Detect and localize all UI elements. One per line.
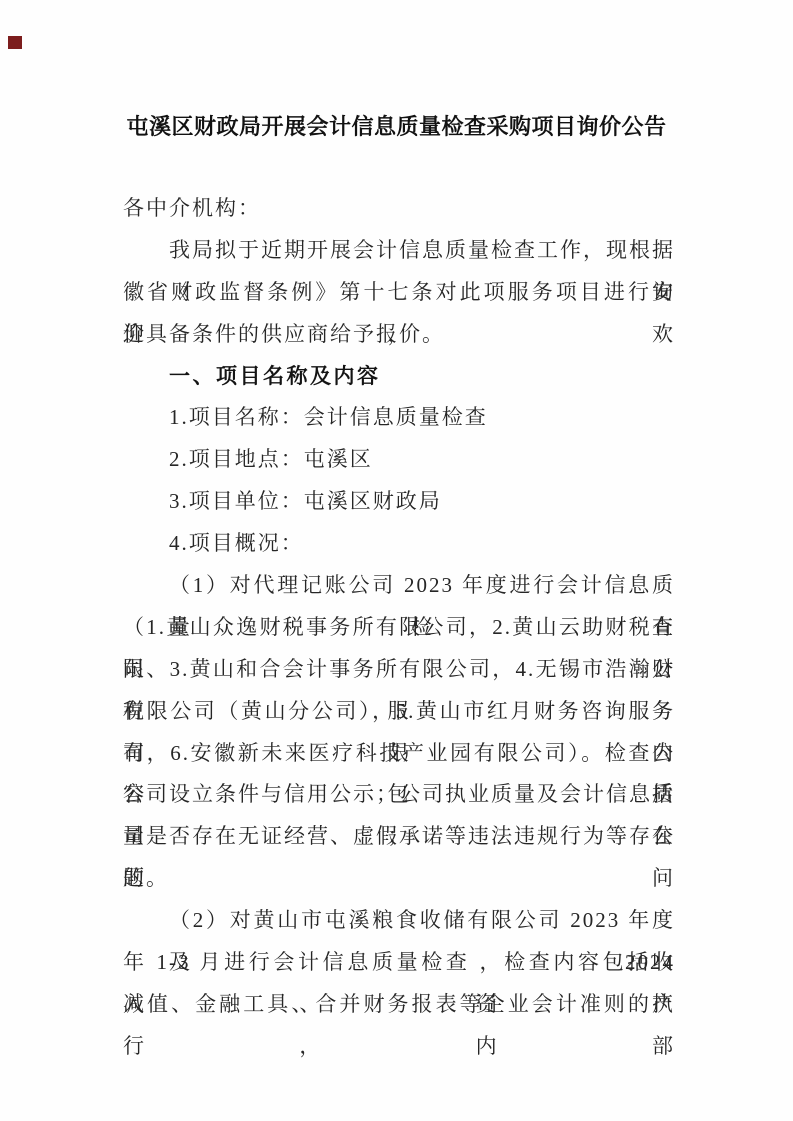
document-line: 司、3.黄山和合会计事务所有限公司，4.无锡市浩瀚财税服务	[123, 649, 675, 691]
document-line: 各中介机构：	[123, 188, 675, 230]
document-line: 有限公司（黄山分公司），5.黄山市红月财务咨询服务有限公	[123, 691, 675, 733]
document-line: （1.黄山众逸财税事务所有限公司，2.黄山云助财税有限公	[123, 607, 675, 649]
document-line: 2.项目地点：屯溪区	[123, 439, 675, 481]
document-line: 1.项目名称：会计信息质量检查	[123, 397, 675, 439]
document-line: 年 1-3 月进行会计信息质量检查 ，检查内容包括收入、资产	[123, 942, 675, 984]
red-seal-mark	[8, 36, 22, 49]
document-line: 司，6.安徽新未来医疗科技产业园有限公司）。检查内容包括	[123, 733, 675, 775]
document-line: 4.项目概况：	[123, 523, 675, 565]
document-line: 公司设立条件与信用公示；公司执业质量及会计信息质量；公	[123, 774, 675, 816]
document-title: 屯溪区财政局开展会计信息质量检查采购项目询价公告	[0, 110, 793, 141]
document-line: 徽省财政监督条例》第十七条对此项服务项目进行询价，欢	[123, 272, 675, 314]
document-line: 我局拟于近期开展会计信息质量检查工作，现根据《安	[123, 230, 675, 272]
document-page: 屯溪区财政局开展会计信息质量检查采购项目询价公告 各中介机构：我局拟于近期开展会…	[0, 0, 793, 1121]
document-line: （1）对代理记账公司 2023 年度进行会计信息质量检查	[123, 565, 675, 607]
document-line: （2）对黄山市屯溪粮食收储有限公司 2023 年度及 2024	[123, 900, 675, 942]
document-line: 3.项目单位：屯溪区财政局	[123, 481, 675, 523]
document-line: 司是否存在无证经营、虚假承诺等违法违规行为等存在的问	[123, 816, 675, 858]
document-body: 各中介机构：我局拟于近期开展会计信息质量检查工作，现根据《安徽省财政监督条例》第…	[123, 188, 675, 1026]
document-line: 减值、金融工具、合并财务报表等企业会计准则的执行，内部	[123, 984, 675, 1026]
document-line: 一、项目名称及内容	[123, 356, 675, 398]
